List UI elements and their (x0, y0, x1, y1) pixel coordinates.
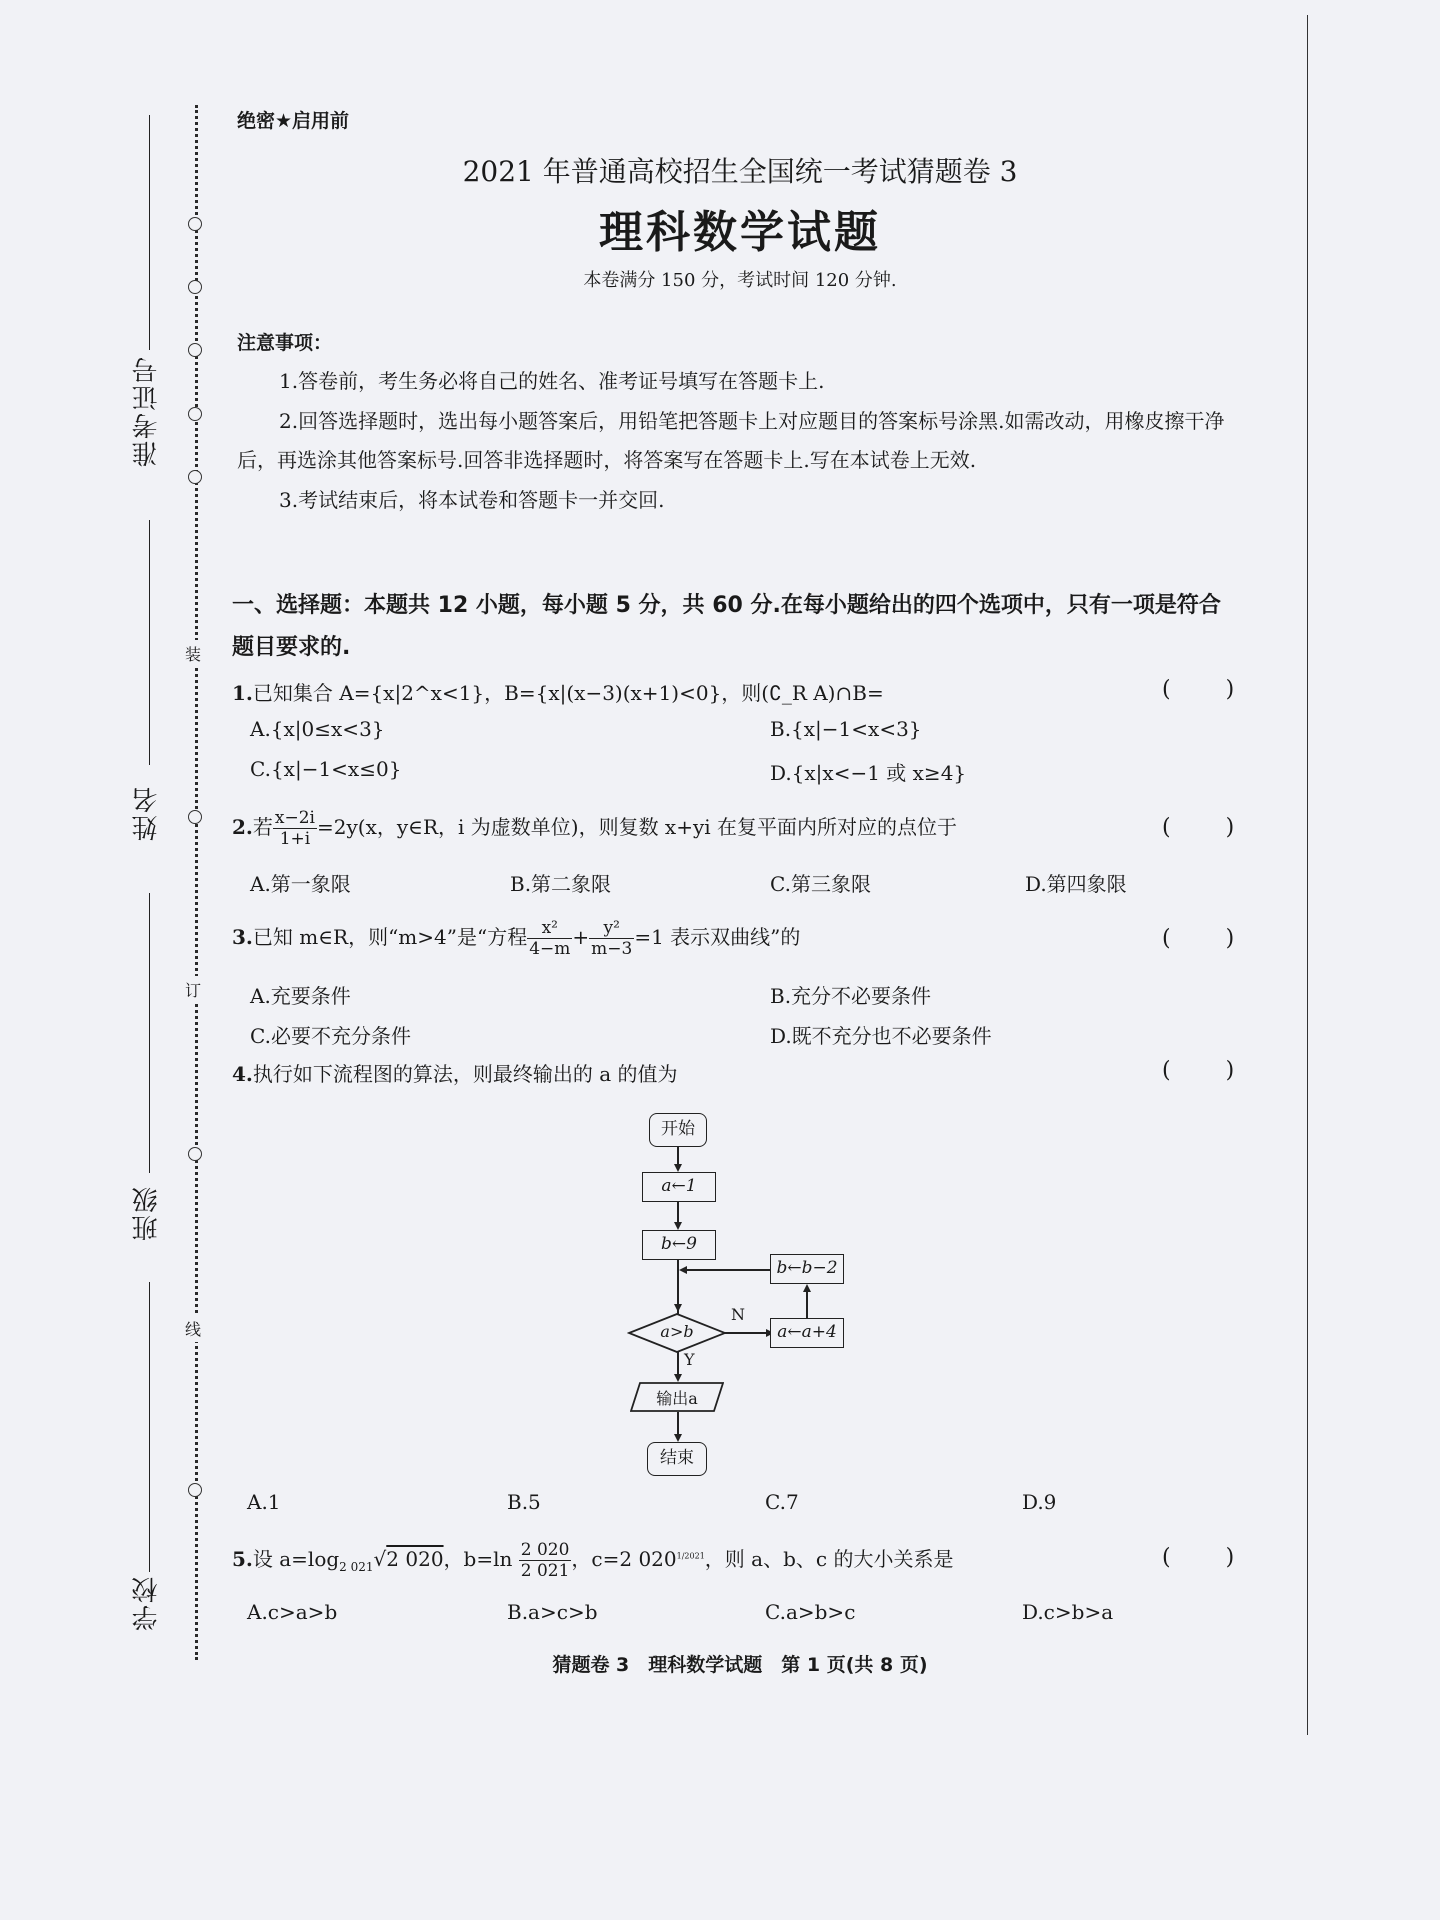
question-stem: =2y(x，y∈R，i 为虚数单位)，则复数 x+yi 在复平面内所对应的点位于 (317, 815, 957, 839)
question-number: 2. (232, 815, 253, 839)
log-base: 2 021 (339, 1560, 373, 1574)
school-label: 学校 (128, 1575, 165, 1631)
flow-init-a: a←1 (642, 1172, 716, 1202)
arrow-down-icon (674, 1222, 682, 1230)
flow-connector (677, 1352, 679, 1376)
option-c[interactable]: C.必要不充分条件 (250, 1020, 411, 1049)
name-underline[interactable] (149, 520, 150, 765)
class-underline[interactable] (149, 893, 150, 1173)
flow-connector (806, 1292, 808, 1318)
fraction-denominator: 2 021 (519, 1561, 572, 1581)
name-label: 姓名 (128, 785, 165, 841)
binding-mark-xian: 线 (185, 1315, 201, 1342)
option-c[interactable]: C.a>b>c (765, 1600, 855, 1624)
binding-hole (188, 1147, 202, 1161)
flow-init-b: b←9 (642, 1230, 716, 1260)
flow-end: 结束 (647, 1442, 707, 1476)
option-a[interactable]: A.c>a>b (247, 1600, 337, 1624)
arrow-down-icon (674, 1304, 682, 1312)
question-stem-a: 设 a=log (253, 1547, 339, 1571)
flow-output: 输出a (645, 1386, 709, 1409)
flow-connector (725, 1332, 767, 1334)
binding-mark-zhuang: 装 (185, 640, 201, 667)
arrow-up-icon (803, 1284, 811, 1292)
option-c[interactable]: C.7 (765, 1490, 799, 1514)
binding-dotted-line (195, 105, 198, 1660)
answer-parentheses[interactable]: ( ) (1162, 1058, 1258, 1083)
option-b[interactable]: B.a>c>b (507, 1600, 598, 1624)
notice-item-3: 3.考试结束后，将本试卷和答题卡一并交回. (237, 480, 1237, 520)
flow-no-label: N (731, 1305, 745, 1324)
question-stem-tail: ，则 a、b、c 的大小关系是 (705, 1547, 954, 1571)
exam-title: 2021 年普通高校招生全国统一考试猜题卷 3 (0, 150, 1440, 190)
question-5: 5.设 a=log2 021√2 020，b=ln 2 0202 021，c=2… (232, 1540, 953, 1581)
exam-subtitle: 本卷满分 150 分，考试时间 120 分钟. (0, 266, 1440, 292)
answer-parentheses[interactable]: ( ) (1162, 926, 1258, 951)
page-footer: 猜题卷 3 理科数学试题 第 1 页(共 8 页) (0, 1650, 1440, 1677)
option-c[interactable]: C.{x|−1<x≤0} (250, 757, 401, 781)
confidential-label: 绝密★启用前 (237, 106, 349, 133)
question-2: 2.若x−2i1+i=2y(x，y∈R，i 为虚数单位)，则复数 x+yi 在复… (232, 808, 957, 849)
question-3: 3.已知 m∈R，则“m>4”是“方程x²4−m+y²m−3=1 表示双曲线”的 (232, 918, 800, 959)
option-d[interactable]: D.9 (1022, 1490, 1056, 1514)
question-number: 1. (232, 681, 253, 705)
flow-connector (677, 1202, 679, 1223)
school-underline[interactable] (149, 1282, 150, 1572)
arrow-down-icon (674, 1434, 682, 1442)
flow-connector (677, 1412, 679, 1436)
fraction: x−2i1+i (273, 808, 317, 849)
option-b[interactable]: B.第二象限 (510, 868, 611, 897)
fraction-denominator: 1+i (273, 829, 317, 849)
question-1: 1.已知集合 A={x|2^x<1}，B={x|(x−3)(x+1)<0}，则(… (232, 677, 884, 706)
exponent: 1/2021 (677, 1551, 705, 1560)
question-stem: 执行如下流程图的算法，则最终输出的 a 的值为 (253, 1062, 678, 1086)
arrow-left-icon (679, 1266, 687, 1274)
binding-hole (188, 1483, 202, 1497)
exam-id-label: 准考证号 (128, 355, 165, 467)
fraction: y²m−3 (589, 918, 634, 959)
option-b[interactable]: B.5 (507, 1490, 541, 1514)
answer-parentheses[interactable]: ( ) (1162, 677, 1258, 702)
option-a[interactable]: A.{x|0≤x<3} (250, 717, 385, 741)
option-a[interactable]: A.充要条件 (250, 980, 351, 1009)
question-stem-tail: =1 表示双曲线”的 (634, 925, 800, 949)
question-stem: 已知集合 A={x|2^x<1}，B={x|(x−3)(x+1)<0}，则(∁_… (253, 681, 884, 705)
question-stem-head: 已知 m∈R，则“m>4”是“方程 (253, 925, 527, 949)
fraction-numerator: x² (527, 918, 572, 939)
option-a[interactable]: A.1 (247, 1490, 281, 1514)
question-number: 5. (232, 1547, 253, 1571)
binding-hole (188, 343, 202, 357)
flow-yes-label: Y (684, 1350, 695, 1369)
option-b[interactable]: B.充分不必要条件 (770, 980, 931, 1009)
fraction-numerator: 2 020 (519, 1540, 572, 1561)
binding-mark-ding: 订 (185, 976, 201, 1003)
option-d[interactable]: D.既不充分也不必要条件 (770, 1020, 992, 1049)
question-stem-c: ，c=2 020 (571, 1547, 676, 1571)
notice-item-1: 1.答卷前，考生务必将自己的姓名、准考证号填写在答题卡上. (237, 361, 1237, 401)
option-c[interactable]: C.第三象限 (770, 868, 871, 897)
sqrt-argument: 2 020 (386, 1547, 443, 1571)
flow-start: 开始 (649, 1113, 707, 1147)
notice-item-2: 2.回答选择题时，选出每小题答案后，用铅笔把答题卡上对应题目的答案标号涂黑.如需… (237, 402, 1237, 480)
option-a[interactable]: A.第一象限 (250, 868, 351, 897)
answer-parentheses[interactable]: ( ) (1162, 815, 1258, 840)
question-number: 3. (232, 925, 253, 949)
notice-heading: 注意事项： (237, 328, 332, 355)
fraction-denominator: 4−m (527, 939, 572, 959)
fraction: 2 0202 021 (519, 1540, 572, 1581)
question-4: 4.执行如下流程图的算法，则最终输出的 a 的值为 (232, 1058, 678, 1087)
option-b[interactable]: B.{x|−1<x<3} (770, 717, 922, 741)
fraction-denominator: m−3 (589, 939, 634, 959)
flow-update-b: b←b−2 (770, 1254, 844, 1284)
binding-hole (188, 470, 202, 484)
fraction-numerator: y² (589, 918, 634, 939)
fraction-numerator: x−2i (273, 808, 317, 829)
flow-connector (686, 1269, 770, 1271)
subject-title: 理科数学试题 (0, 196, 1440, 260)
question-number: 4. (232, 1062, 253, 1086)
flow-update-a: a←a+4 (770, 1318, 844, 1348)
fraction: x²4−m (527, 918, 572, 959)
sqrt-icon: √ (374, 1547, 387, 1571)
question-stem-prefix: 若 (253, 815, 273, 839)
arrow-down-icon (674, 1164, 682, 1172)
question-stem-b: ，b=ln (444, 1547, 513, 1571)
arrow-down-icon (674, 1374, 682, 1382)
section-heading: 一、选择题：本题共 12 小题，每小题 5 分，共 60 分.在每小题给出的四个… (232, 585, 1242, 669)
binding-hole (188, 407, 202, 421)
flow-connector (677, 1147, 679, 1165)
flow-condition: a>b (657, 1322, 697, 1341)
class-label: 班级 (128, 1185, 165, 1241)
binding-hole (188, 810, 202, 824)
option-d[interactable]: D.c>b>a (1022, 1600, 1113, 1624)
option-d[interactable]: D.第四象限 (1025, 868, 1127, 897)
answer-parentheses[interactable]: ( ) (1162, 1545, 1258, 1570)
option-d[interactable]: D.{x|x<−1 或 x≥4} (770, 757, 966, 786)
